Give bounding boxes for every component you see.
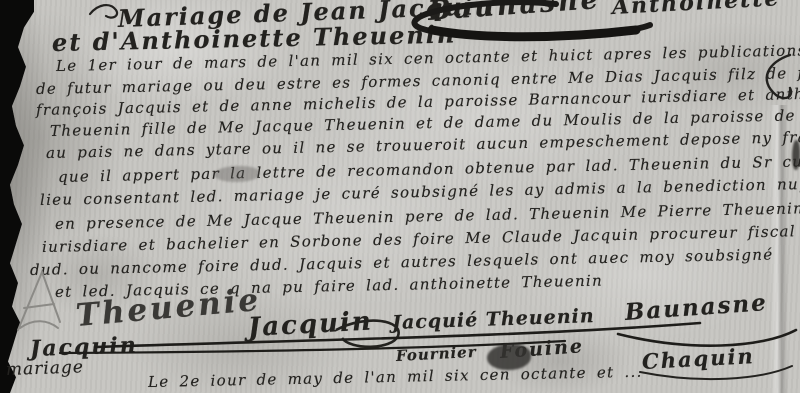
signature-jacquin-2: Jacquin (30, 332, 139, 362)
ink-smudge-mid (214, 166, 260, 182)
ink-blot-large (487, 344, 531, 370)
register-page-scan: Mariage de Jean Jacquin et d'Anthoinette… (0, 0, 800, 393)
edge-smudge-right (792, 140, 800, 170)
margin-note-mariage: mariage (6, 357, 85, 380)
